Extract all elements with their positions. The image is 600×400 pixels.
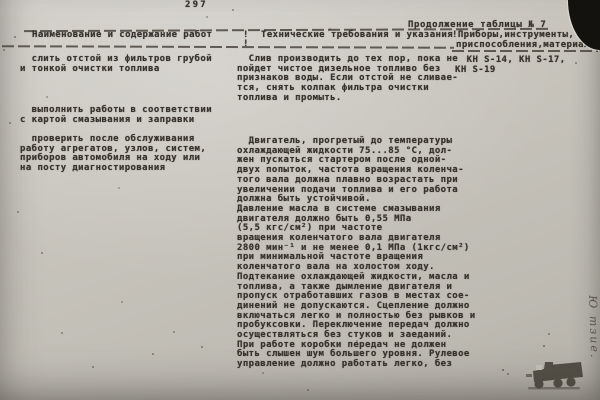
table-column-separator-mark: ! (243, 40, 249, 50)
table-cell-tools-1: КН S-14, КН S-17, КН S-19 (455, 56, 566, 75)
page-number: 297 (185, 1, 208, 11)
handwritten-margin-note: Ю тзие. (586, 295, 600, 360)
table-header-bottom-border (2, 45, 454, 48)
table-header-col1: Наименование и содержание работ (32, 31, 212, 41)
table-cell-work-1: слить отстой из фильтров грубой и тонкой… (20, 55, 212, 74)
table-cell-requirements-1: Слив производить до тех пор, пока не пой… (237, 55, 458, 104)
table-header-col2: Технические требования и указания (261, 31, 453, 41)
scanned-document-page: 297 Продолжение таблицы № 7 Наименование… (0, 0, 600, 400)
table-header-col3-underline (452, 50, 598, 52)
paper-noise-speckles (0, 0, 2, 2)
truck-stamp-icon (524, 352, 588, 398)
table-cell-requirements-3: Двигатель, прогретый до температуры охла… (237, 137, 476, 370)
table-cell-work-3: проверить после обслуживания работу агре… (20, 135, 206, 174)
table-cell-work-2: выполнить работы в соответствии с картой… (20, 106, 212, 125)
